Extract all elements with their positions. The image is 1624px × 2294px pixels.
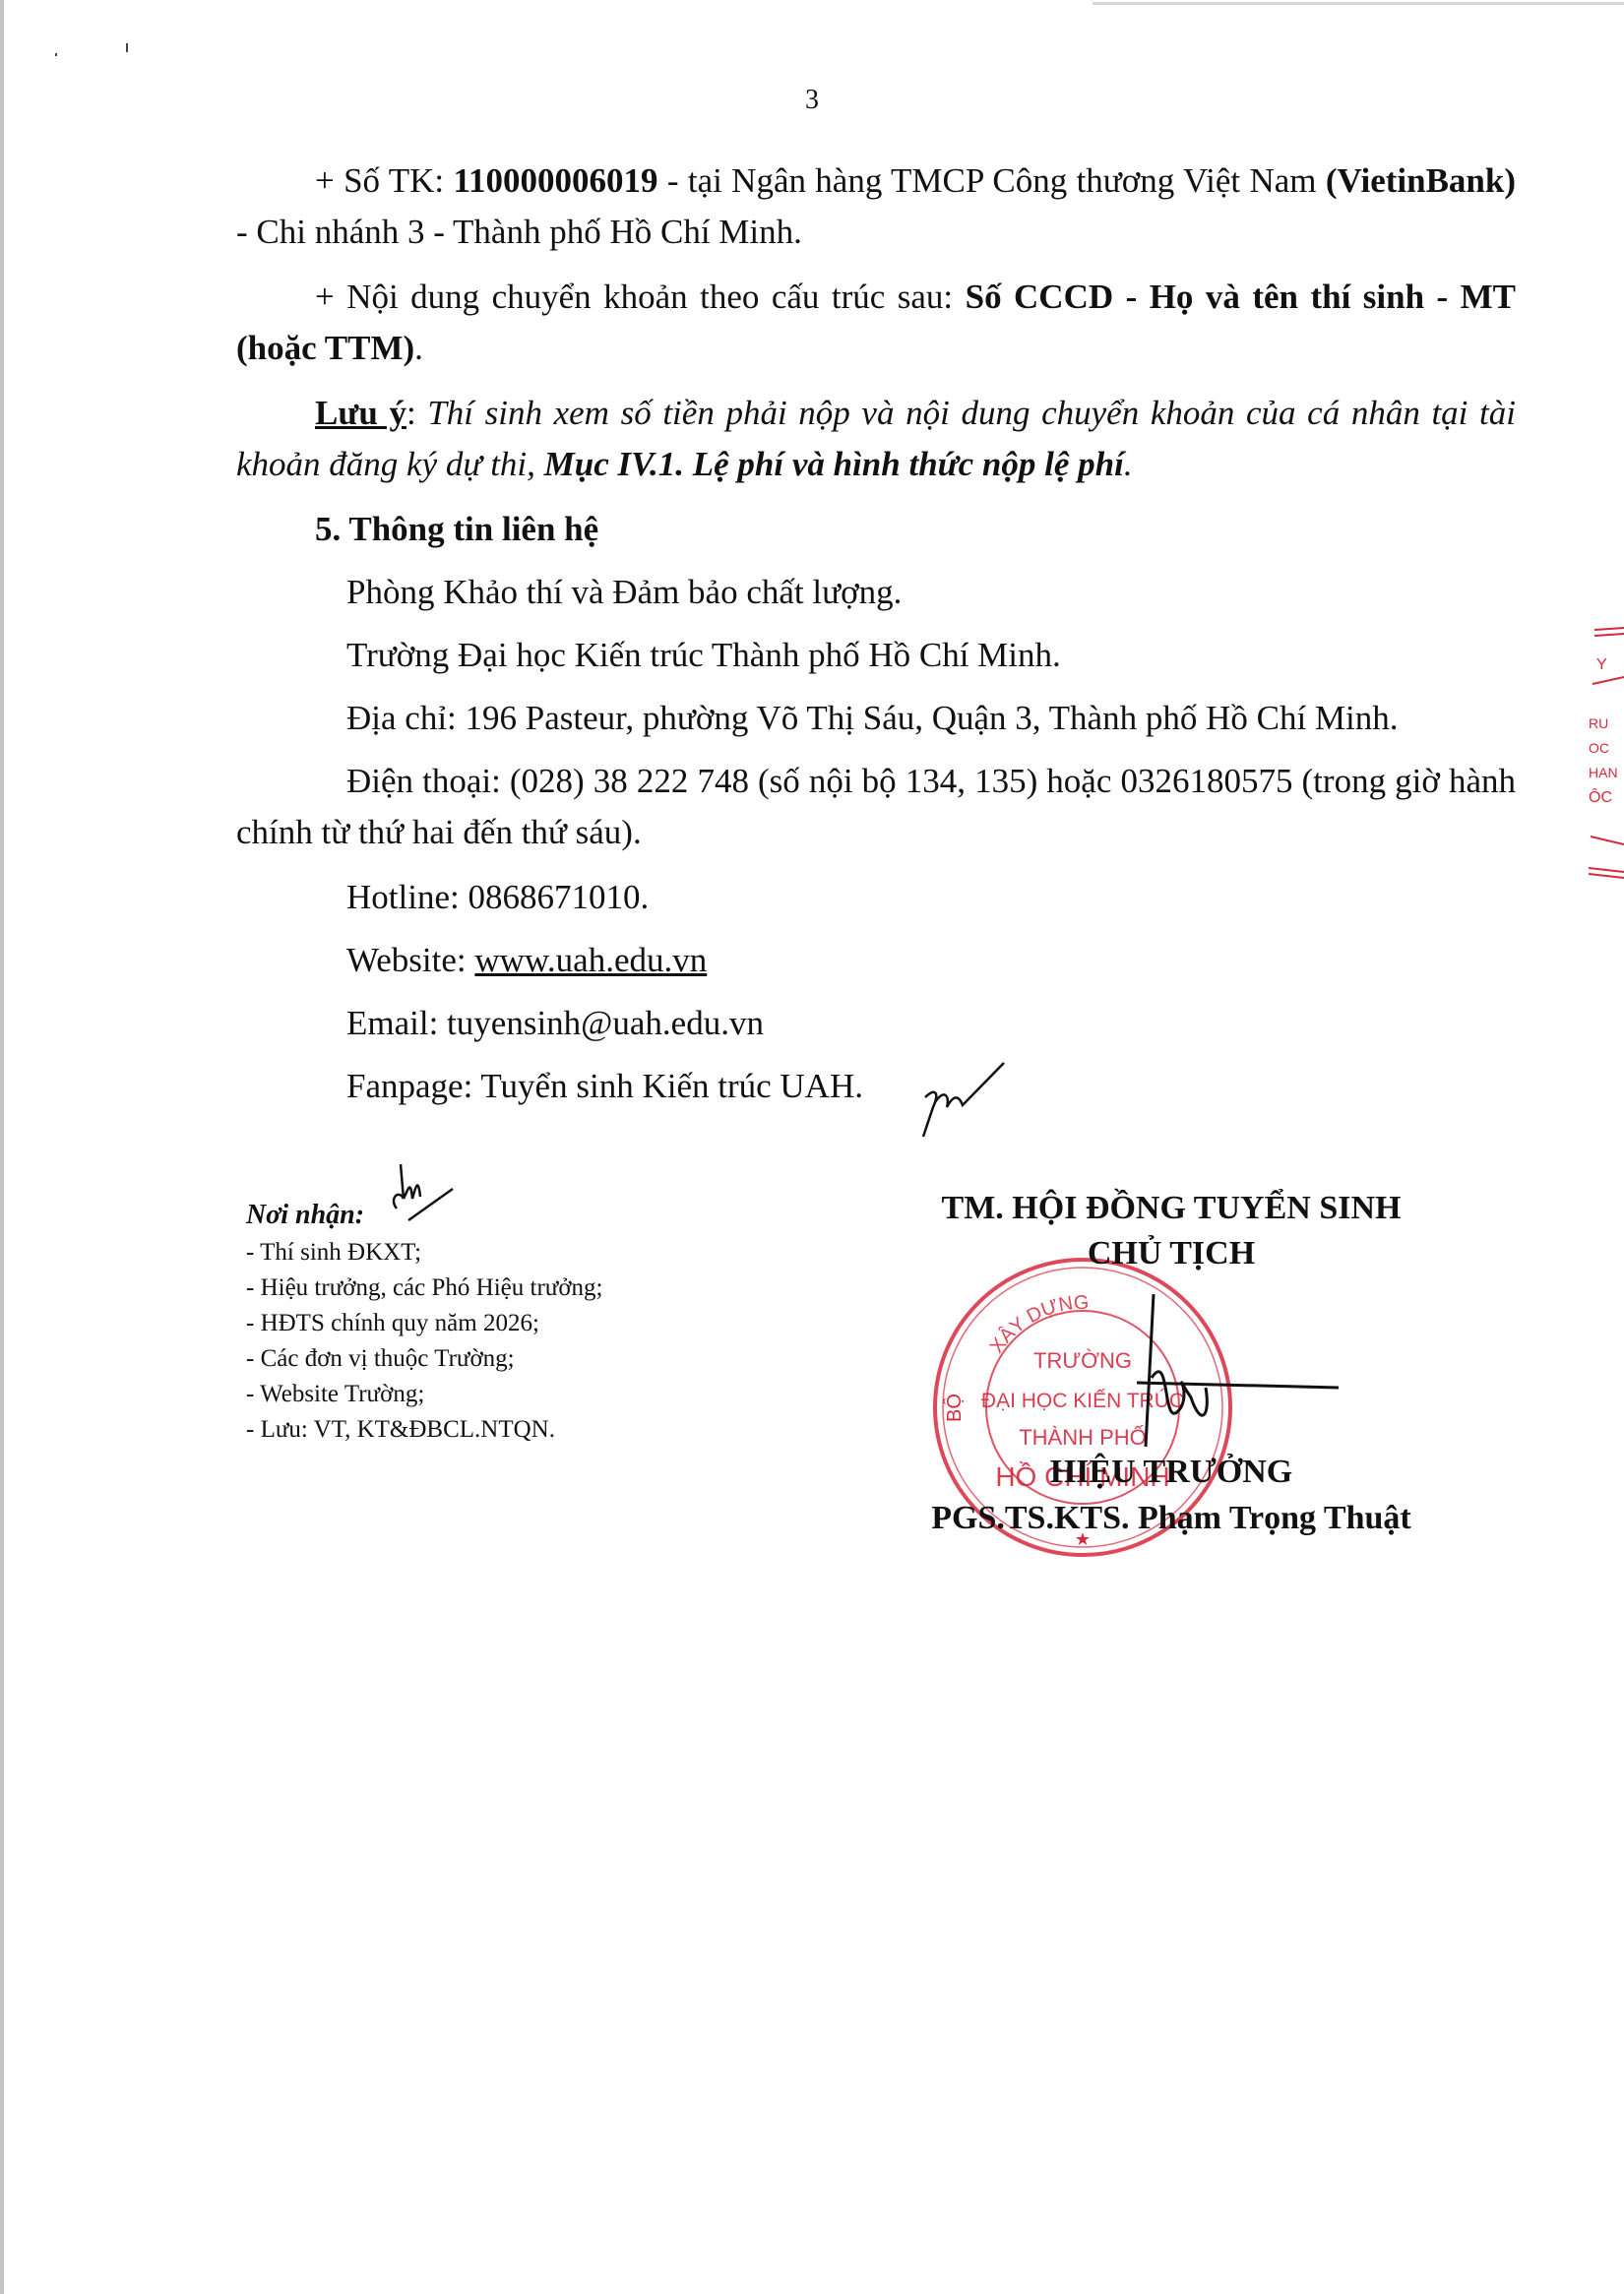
recipients-initials-icon <box>379 1159 458 1228</box>
stamp-line: TRƯỜNG <box>1033 1348 1132 1373</box>
contact-website: Website: www.uah.edu.vn <box>236 935 1516 986</box>
contact-phone: Điện thoại: (028) 38 222 748 (số nội bộ … <box>236 756 1516 858</box>
transfer-content-paragraph: + Nội dung chuyển khoản theo cấu trúc sa… <box>236 272 1516 374</box>
contact-fanpage: Fanpage: Tuyển sinh Kiến trúc UAH. <box>236 1061 1516 1112</box>
signature-block: TM. HỘI ĐỒNG TUYỂN SINH CHỦ TỊCH HIỆU TR… <box>866 1186 1476 1276</box>
page-seal-fragment-icon: Y RU OC HAN ÔC <box>1575 610 1624 905</box>
signature-on-behalf: TM. HỘI ĐỒNG TUYỂN SINH <box>866 1186 1476 1231</box>
recipient-item: - Thí sinh ĐKXT; <box>246 1235 603 1271</box>
svg-text:ÔC: ÔC <box>1589 787 1612 806</box>
note-end: . <box>1124 445 1133 483</box>
website-link[interactable]: www.uah.edu.vn <box>474 941 707 979</box>
document-body: + Số TK: 110000006019 - tại Ngân hàng TM… <box>236 155 1516 1124</box>
scan-speck <box>55 53 57 56</box>
contact-email: Email: tuyensinh@uah.edu.vn <box>236 998 1516 1049</box>
svg-text:Y: Y <box>1596 656 1607 673</box>
bank-account-paragraph: + Số TK: 110000006019 - tại Ngân hàng TM… <box>236 155 1516 258</box>
contact-university: Trường Đại học Kiến trúc Thành phố Hồ Ch… <box>236 630 1516 681</box>
stamp-ring-left: BỘ <box>943 1394 966 1422</box>
scan-edge-left <box>0 0 4 2294</box>
svg-text:HAN: HAN <box>1589 765 1618 780</box>
recipient-item: - Hiệu trưởng, các Phó Hiệu trưởng; <box>246 1271 603 1306</box>
account-bank: - tại Ngân hàng TMCP Công thương Việt Na… <box>658 161 1326 200</box>
scan-speck <box>126 43 128 52</box>
contact-hotline: Hotline: 0868671010. <box>236 872 1516 923</box>
content-suffix: . <box>414 329 423 367</box>
note-colon: : <box>406 394 427 432</box>
contact-heading: 5. Thông tin liên hệ <box>236 504 1516 555</box>
bank-short-name: (VietinBank) <box>1326 161 1516 200</box>
svg-text:OC: OC <box>1589 740 1609 756</box>
recipient-item: - Website Trường; <box>246 1377 603 1412</box>
principal-signature-icon <box>1132 1289 1358 1457</box>
stamp-line: THÀNH PHỐ <box>1019 1424 1147 1450</box>
signature-position: HIỆU TRƯỞNG <box>866 1450 1476 1495</box>
content-prefix: + Nội dung chuyển khoản theo cấu trúc sa… <box>315 278 966 316</box>
scan-edge-top <box>1093 2 1624 5</box>
account-prefix: + Số TK: <box>315 161 453 200</box>
recipient-item: - Các đơn vị thuộc Trường; <box>246 1341 603 1377</box>
recipients-list: - Thí sinh ĐKXT; - Hiệu trưởng, các Phó … <box>246 1235 603 1448</box>
recipients-block: Nơi nhận: - Thí sinh ĐKXT; - Hiệu trưởng… <box>246 1196 603 1448</box>
note-paragraph: Lưu ý: Thí sinh xem số tiền phải nộp và … <box>236 388 1516 490</box>
recipient-item: - HĐTS chính quy năm 2026; <box>246 1306 603 1341</box>
signature-role: CHỦ TỊCH <box>866 1231 1476 1276</box>
note-label: Lưu ý <box>315 394 406 432</box>
note-reference: Mục IV.1. Lệ phí và hình thức nộp lệ phí <box>544 445 1124 483</box>
svg-text:RU: RU <box>1589 715 1608 731</box>
page-number: 3 <box>0 85 1624 116</box>
signatory-name: PGS.TS.KTS. Phạm Trọng Thuật <box>866 1496 1476 1541</box>
bank-branch: - Chi nhánh 3 - Thành phố Hồ Chí Minh. <box>236 213 802 251</box>
recipient-item: - Lưu: VT, KT&ĐBCL.NTQN. <box>246 1412 603 1448</box>
account-number: 110000006019 <box>453 161 657 200</box>
website-label: Website: <box>346 941 474 979</box>
contact-address: Địa chỉ: 196 Pasteur, phường Võ Thị Sáu,… <box>236 693 1516 744</box>
initials-signature-icon <box>906 1058 1014 1147</box>
contact-department: Phòng Khảo thí và Đảm bảo chất lượng. <box>236 567 1516 618</box>
